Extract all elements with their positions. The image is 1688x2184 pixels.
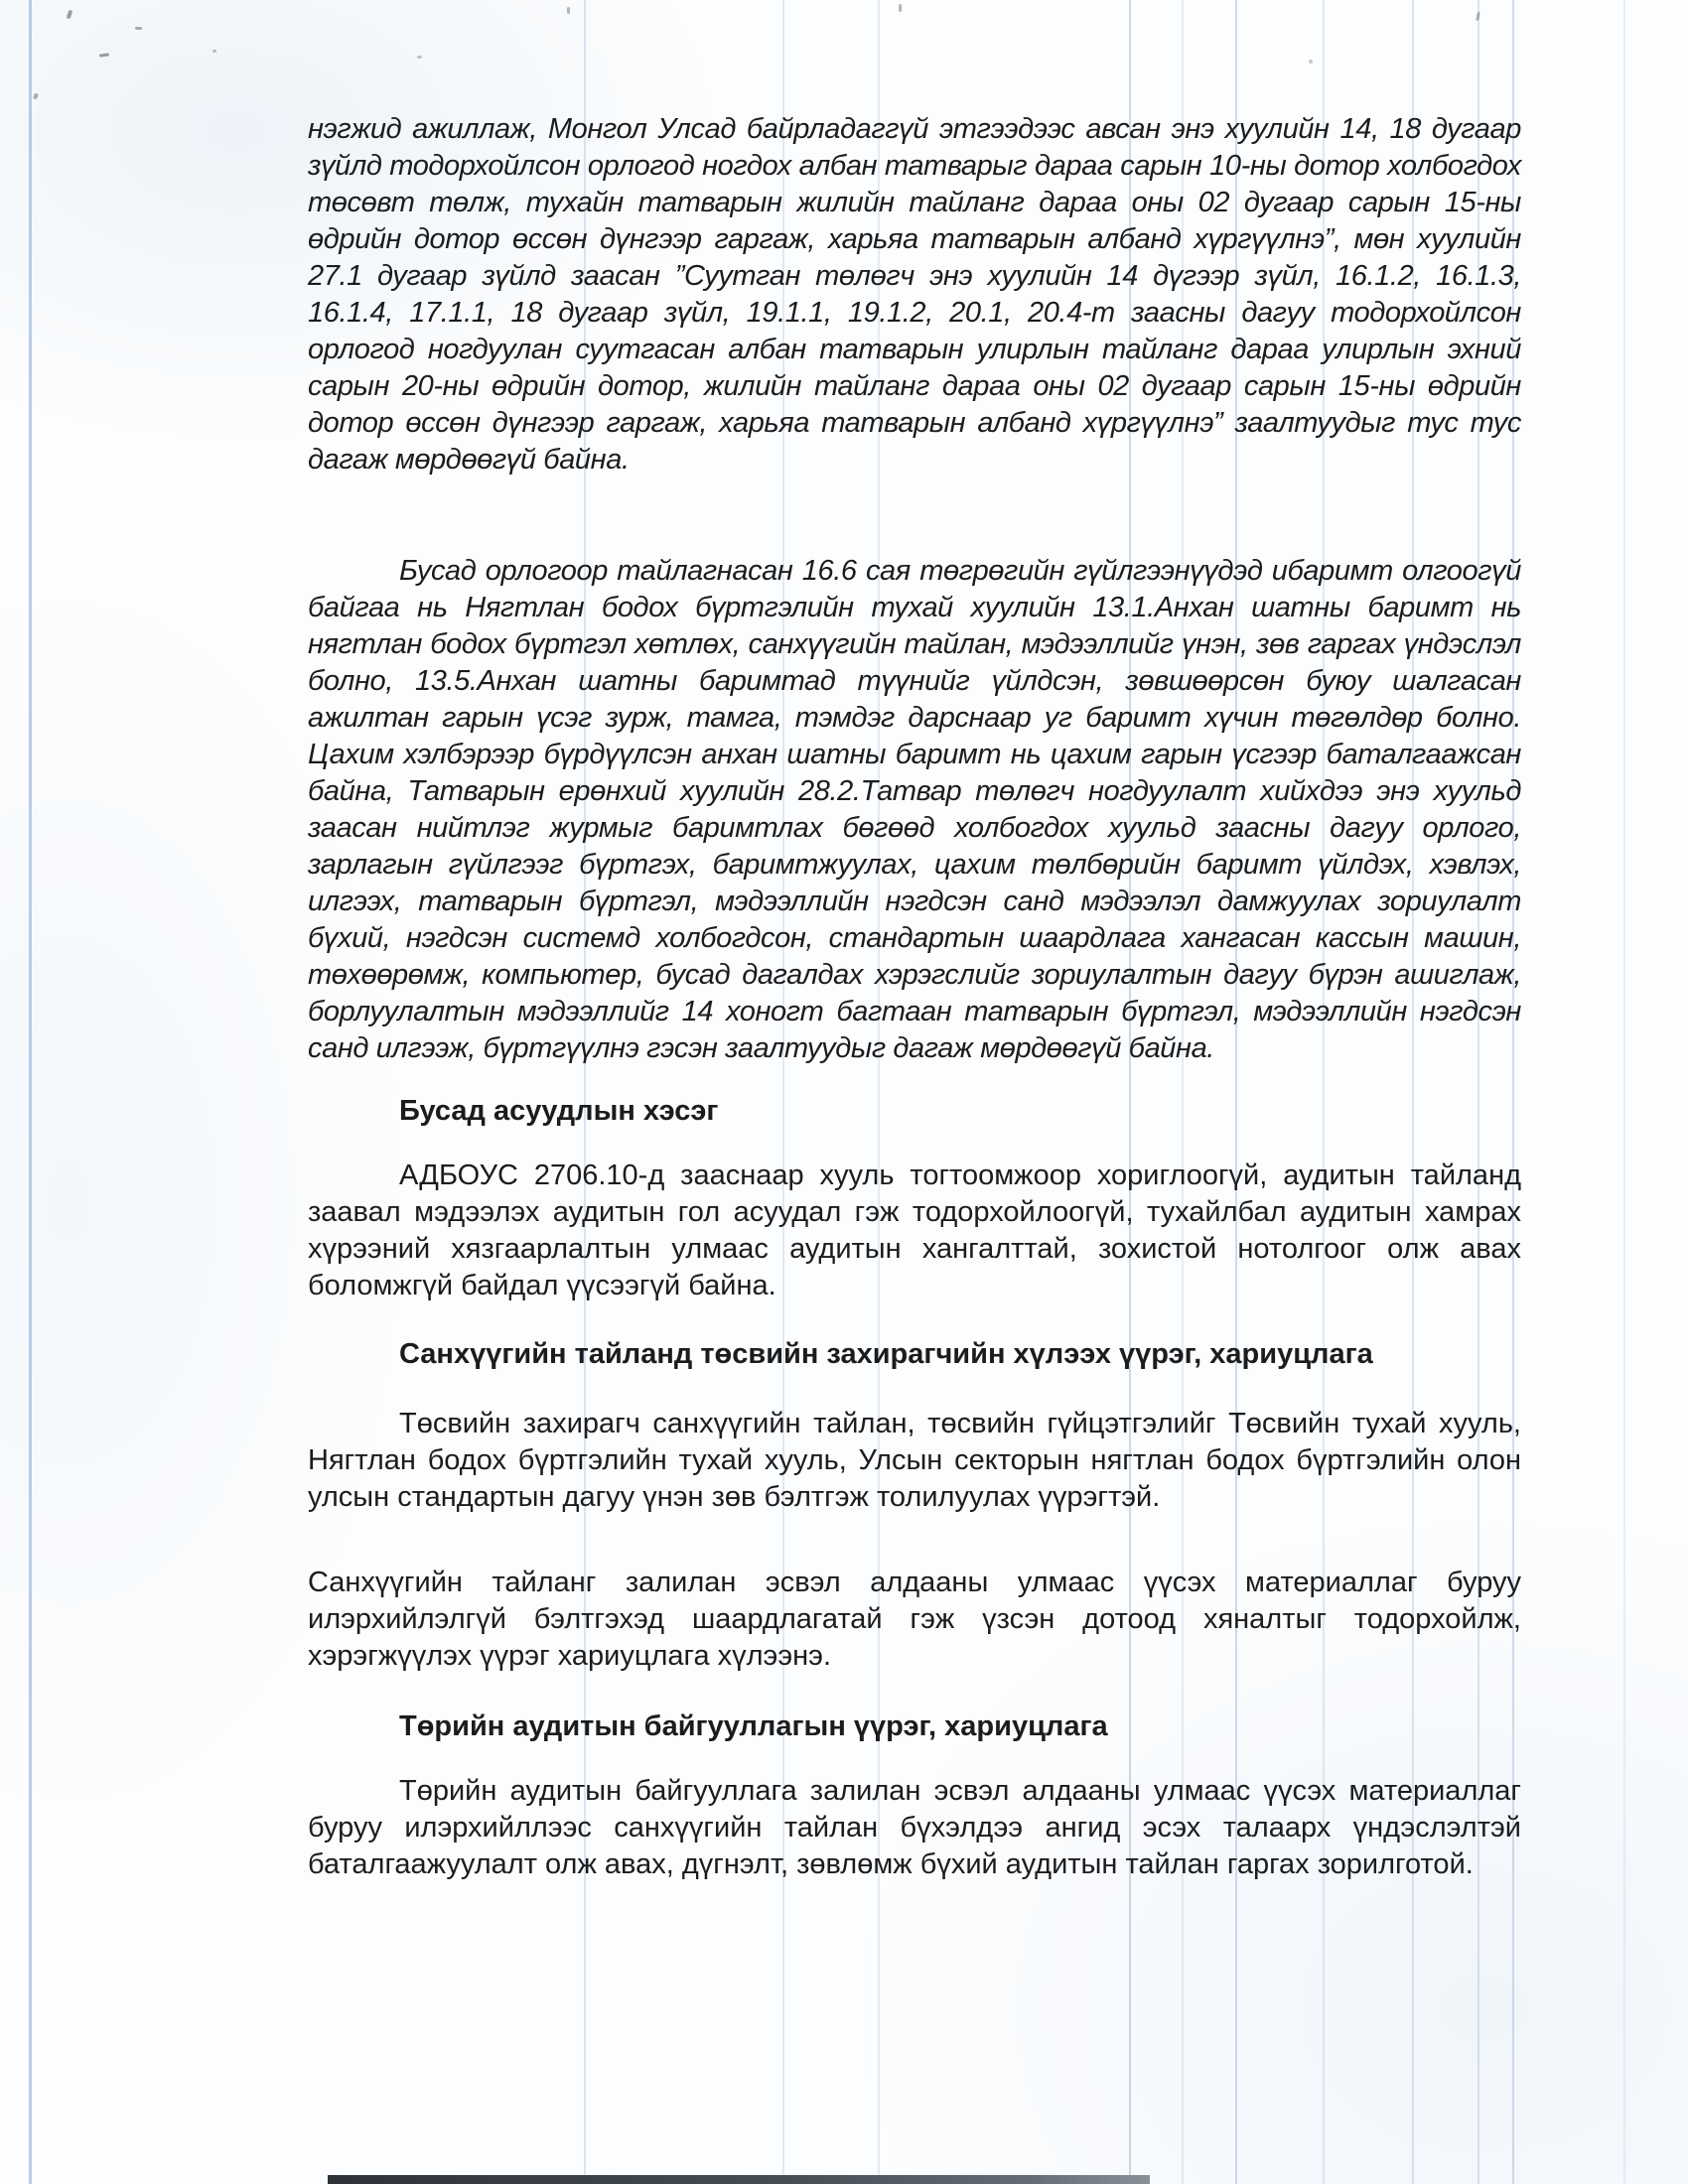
scan-bottom-bar [328, 2175, 1150, 2184]
paragraph-tax-law-quote: нэгжид ажиллаж, Монгол Улсад байрладаггү… [308, 111, 1521, 478]
paragraph-adbous-2706: АДБОУС 2706.10-д зааснаар хууль тогтоомж… [308, 1158, 1521, 1304]
heading-state-audit-responsibility: Төрийн аудитын байгууллагын үүрэг, хариу… [399, 1708, 1521, 1745]
heading-budget-governor-responsibility: Санхүүгийн тайланд төсвийн захирагчийн х… [399, 1336, 1521, 1373]
scan-speck [67, 10, 73, 20]
paragraph-ebarimt-findings: Бусад орлогоор тайлагнасан 16.6 сая төгр… [308, 553, 1521, 1067]
scan-speck [135, 27, 142, 30]
paragraph-budget-governor-duty: Төсвийн захирагч санхүүгийн тайлан, төсв… [308, 1406, 1521, 1516]
scan-speck [212, 50, 216, 53]
scanned-document-page: нэгжид ажиллаж, Монгол Улсад байрладаггү… [0, 0, 1688, 2184]
scan-line [1623, 0, 1625, 2184]
document-text-block: нэгжид ажиллаж, Монгол Улсад байрладаггү… [308, 0, 1521, 1883]
scan-edge-line [29, 0, 32, 2184]
heading-other-matters: Бусад асуудлын хэсэг [399, 1093, 1521, 1130]
scan-speck [99, 53, 109, 57]
scan-speck [33, 92, 39, 99]
paragraph-state-audit-purpose: Төрийн аудитын байгууллага залилан эсвэл… [308, 1773, 1521, 1883]
paragraph-internal-control: Санхүүгийн тайланг залилан эсвэл алдааны… [308, 1565, 1521, 1675]
